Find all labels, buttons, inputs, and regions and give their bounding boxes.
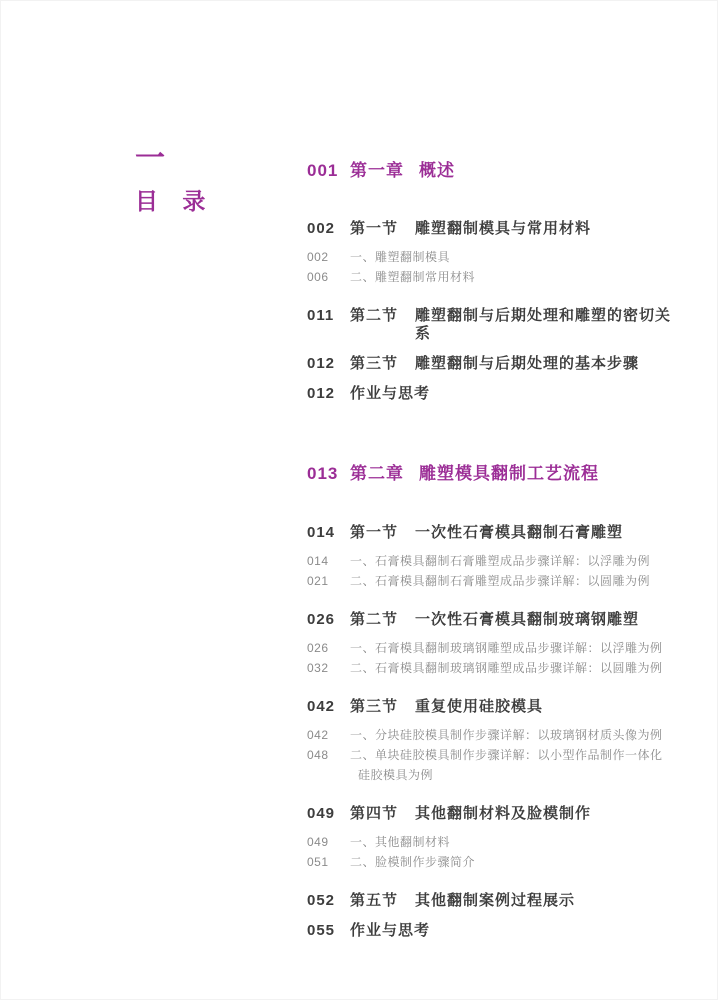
toc-entry-title: 二、雕塑翻制常用材料 xyxy=(350,267,475,287)
toc-entry-page-number: 042 xyxy=(307,698,350,716)
toc-entry-page-number: 012 xyxy=(307,355,350,373)
toc-entry-title: 概述 xyxy=(419,161,455,181)
toc-entry-list: 001第一章概述002第一节雕塑翻制模具与常用材料002一、雕塑翻制模具006二… xyxy=(307,0,682,940)
toc-entry-label: 第一章 xyxy=(350,161,404,181)
toc-entry-title: 二、石膏模具翻制石膏雕塑成品步骤详解：以圆雕为例 xyxy=(350,571,650,591)
toc-sub-row: 042一、分块硅胶模具制作步骤详解：以玻璃钢材质头像为例 xyxy=(307,725,682,745)
toc-page-title: 目 录 xyxy=(135,187,214,215)
toc-entry-page-number: 012 xyxy=(307,385,350,403)
toc-entry-page-number: 051 xyxy=(307,852,350,872)
toc-sub-row: 026一、石膏模具翻制玻璃钢雕塑成品步骤详解：以浮雕为例 xyxy=(307,638,682,658)
toc-sub-row: 006二、雕塑翻制常用材料 xyxy=(307,267,682,287)
toc-sub-row: 049一、其他翻制材料 xyxy=(307,832,682,852)
toc-entry-title: 一、石膏模具翻制石膏雕塑成品步骤详解：以浮雕为例 xyxy=(350,551,650,571)
toc-entry-label: 第四节 xyxy=(350,805,398,823)
toc-entry-page-number: 042 xyxy=(307,725,350,745)
toc-entry-label: 第二章 xyxy=(350,464,404,484)
toc-entry-title: 作业与思考 xyxy=(350,385,430,403)
toc-entry-page-number: 001 xyxy=(307,161,350,181)
toc-entry-title: 其他翻制案例过程展示 xyxy=(415,892,575,910)
toc-plain-row: 055作业与思考 xyxy=(307,922,682,940)
toc-chapter-row: 001第一章概述 xyxy=(307,161,682,181)
toc-entry-page-number: 002 xyxy=(307,220,350,238)
toc-entry-title: 二、石膏模具翻制玻璃钢雕塑成品步骤详解：以圆雕为例 xyxy=(350,658,663,678)
toc-entry-page-number: 014 xyxy=(307,551,350,571)
toc-section-row: 049第四节其他翻制材料及脸模制作 xyxy=(307,805,682,823)
toc-entry-title: 二、单块硅胶模具制作步骤详解：以小型作品制作一体化 硅胶模具为例 xyxy=(350,745,663,785)
toc-entry-page-number: 049 xyxy=(307,805,350,823)
toc-entry-title: 雕塑模具翻制工艺流程 xyxy=(419,464,599,484)
toc-entry-page-number: 048 xyxy=(307,745,350,765)
toc-sub-row: 021二、石膏模具翻制石膏雕塑成品步骤详解：以圆雕为例 xyxy=(307,571,682,591)
toc-section-row: 042第三节重复使用硅胶模具 xyxy=(307,698,682,716)
toc-section-row: 002第一节雕塑翻制模具与常用材料 xyxy=(307,220,682,238)
toc-page: 一 目 录 001第一章概述002第一节雕塑翻制模具与常用材料002一、雕塑翻制… xyxy=(0,0,718,1000)
toc-entry-title: 雕塑翻制与后期处理和雕塑的密切关系 xyxy=(415,307,682,343)
toc-sub-row: 051二、脸模制作步骤简介 xyxy=(307,852,682,872)
toc-entry-page-number: 006 xyxy=(307,267,350,287)
toc-entry-title: 雕塑翻制与后期处理的基本步骤 xyxy=(415,355,639,373)
toc-entry-title: 一次性石膏模具翻制玻璃钢雕塑 xyxy=(415,611,639,629)
toc-entry-label: 第二节 xyxy=(350,307,398,325)
toc-entry-page-number: 021 xyxy=(307,571,350,591)
toc-entry-title: 一、分块硅胶模具制作步骤详解：以玻璃钢材质头像为例 xyxy=(350,725,663,745)
toc-entry-label: 第三节 xyxy=(350,355,398,373)
toc-heading-block: 一 目 录 xyxy=(135,144,214,215)
toc-sub-row: 014一、石膏模具翻制石膏雕塑成品步骤详解：以浮雕为例 xyxy=(307,551,682,571)
toc-entry-page-number: 032 xyxy=(307,658,350,678)
toc-entry-page-number: 026 xyxy=(307,638,350,658)
toc-entry-page-number: 011 xyxy=(307,307,350,325)
toc-section-row: 011第二节雕塑翻制与后期处理和雕塑的密切关系 xyxy=(307,307,682,343)
part-number-dash: 一 xyxy=(135,144,214,174)
toc-entry-page-number: 052 xyxy=(307,892,350,910)
toc-entry-title: 雕塑翻制模具与常用材料 xyxy=(415,220,591,238)
toc-section-row: 014第一节一次性石膏模具翻制石膏雕塑 xyxy=(307,524,682,542)
toc-entry-title: 作业与思考 xyxy=(350,922,430,940)
toc-entry-page-number: 049 xyxy=(307,832,350,852)
toc-entry-title: 一、石膏模具翻制玻璃钢雕塑成品步骤详解：以浮雕为例 xyxy=(350,638,663,658)
toc-entry-title: 重复使用硅胶模具 xyxy=(415,698,543,716)
toc-entry-title: 二、脸模制作步骤简介 xyxy=(350,852,475,872)
toc-sub-row: 032二、石膏模具翻制玻璃钢雕塑成品步骤详解：以圆雕为例 xyxy=(307,658,682,678)
toc-entry-title: 其他翻制材料及脸模制作 xyxy=(415,805,591,823)
toc-entry-label: 第一节 xyxy=(350,220,398,238)
toc-chapter-row: 013第二章雕塑模具翻制工艺流程 xyxy=(307,464,682,484)
toc-entry-page-number: 055 xyxy=(307,922,350,940)
toc-entry-title: 一次性石膏模具翻制石膏雕塑 xyxy=(415,524,623,542)
toc-entry-page-number: 014 xyxy=(307,524,350,542)
toc-entry-page-number: 013 xyxy=(307,464,350,484)
toc-entry-label: 第一节 xyxy=(350,524,398,542)
toc-sub-row: 048二、单块硅胶模具制作步骤详解：以小型作品制作一体化 硅胶模具为例 xyxy=(307,745,682,785)
toc-entry-page-number: 026 xyxy=(307,611,350,629)
toc-entry-page-number: 002 xyxy=(307,247,350,267)
toc-section-row: 026第二节一次性石膏模具翻制玻璃钢雕塑 xyxy=(307,611,682,629)
toc-entry-label: 第二节 xyxy=(350,611,398,629)
toc-entry-title: 一、其他翻制材料 xyxy=(350,832,450,852)
toc-section-row: 052第五节其他翻制案例过程展示 xyxy=(307,892,682,910)
toc-entry-label: 第三节 xyxy=(350,698,398,716)
toc-sub-row: 002一、雕塑翻制模具 xyxy=(307,247,682,267)
toc-entry-label: 第五节 xyxy=(350,892,398,910)
toc-section-row: 012第三节雕塑翻制与后期处理的基本步骤 xyxy=(307,355,682,373)
toc-entry-title: 一、雕塑翻制模具 xyxy=(350,247,450,267)
toc-plain-row: 012作业与思考 xyxy=(307,385,682,403)
